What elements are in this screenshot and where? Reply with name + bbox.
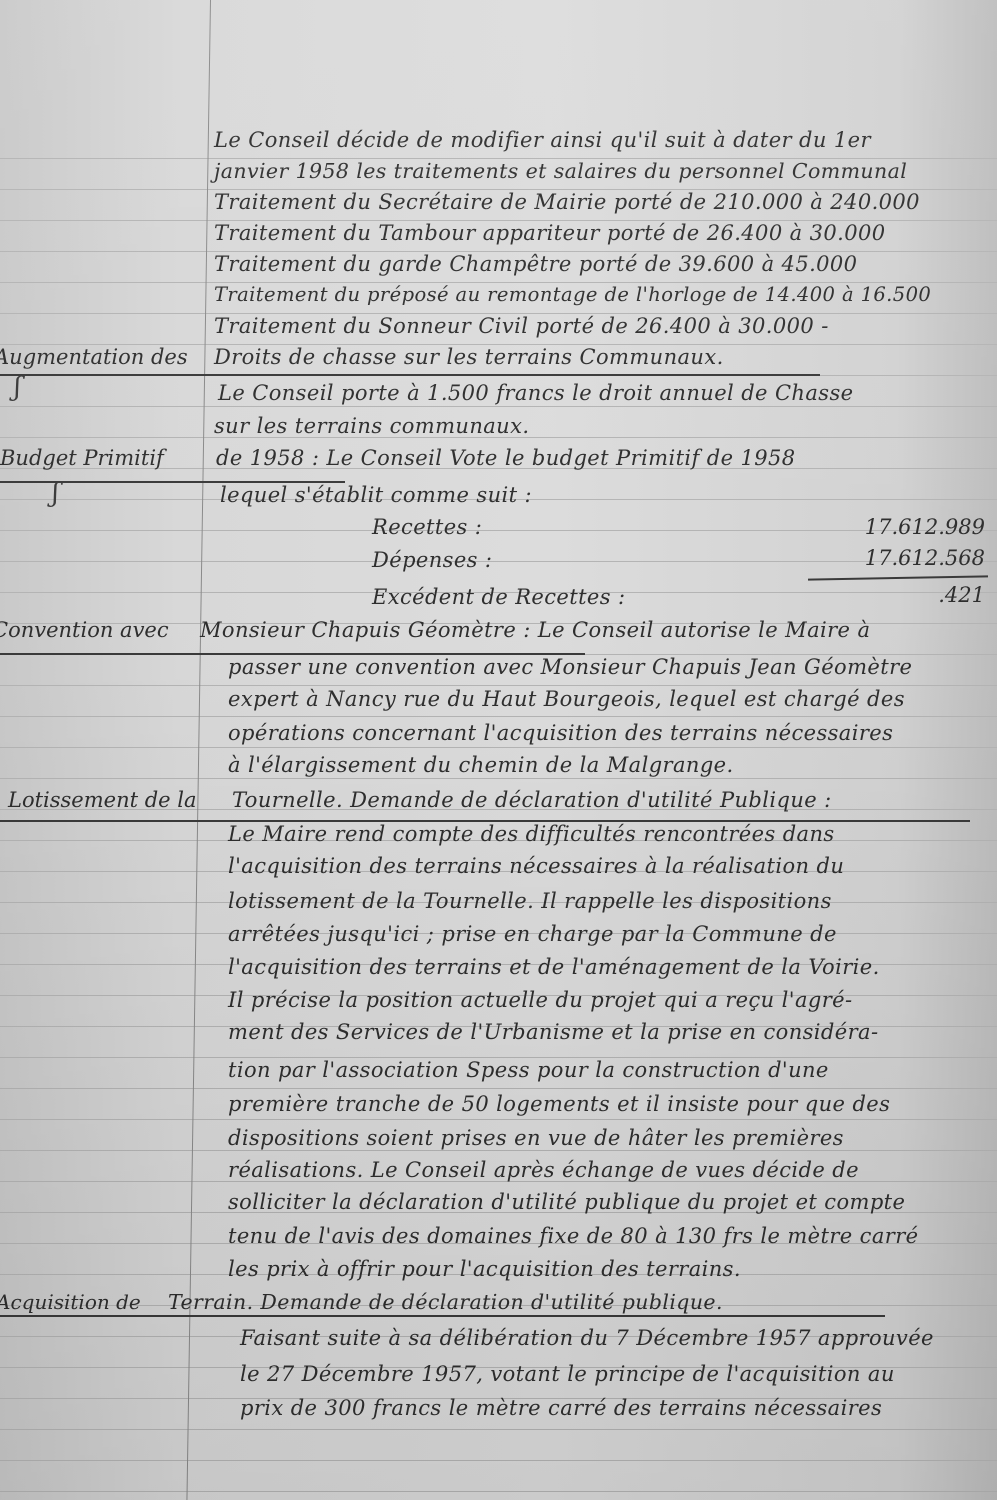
text-line: Traitement du Tambour appariteur porté d…	[214, 221, 886, 245]
flourish: ʃ	[14, 372, 21, 402]
text-line: prix de 300 francs le mètre carré des te…	[240, 1396, 882, 1420]
section-heading: de 1958 : Le Conseil Vote le budget Prim…	[216, 446, 796, 470]
section-heading: Terrain. Demande de déclaration d'utilit…	[168, 1290, 723, 1314]
rule	[0, 1491, 997, 1492]
flourish: ʃ	[52, 478, 59, 508]
margin-title: Acquisition de	[0, 1290, 141, 1314]
text-line: expert à Nancy rue du Haut Bourgeois, le…	[228, 687, 905, 711]
rule	[0, 716, 997, 717]
rule	[0, 778, 997, 779]
text-line: Traitement du Sonneur Civil porté de 26.…	[214, 314, 829, 338]
text-line: Faisant suite à sa délibération du 7 Déc…	[240, 1326, 934, 1350]
text-line: arrêtées jusqu'ici ; prise en charge par…	[228, 922, 837, 946]
text-line: Le Maire rend compte des difficultés ren…	[228, 822, 835, 846]
text-line: solliciter la déclaration d'utilité publ…	[228, 1190, 905, 1214]
budget-amount: 17.612.568	[865, 546, 985, 570]
text-line: lotissement de la Tournelle. Il rappelle…	[228, 889, 832, 913]
budget-amount: 17.612.989	[865, 515, 985, 539]
rule	[0, 1429, 997, 1430]
budget-amount: .421	[938, 583, 985, 607]
text-line: passer une convention avec Monsieur Chap…	[228, 655, 912, 679]
margin-line	[186, 0, 211, 1500]
heading-underline	[0, 374, 820, 376]
text-line: le 27 Décembre 1957, votant le principe …	[240, 1362, 895, 1386]
margin-title: Lotissement de la	[8, 788, 197, 812]
rule	[0, 530, 997, 531]
budget-label: Dépenses :	[372, 548, 492, 572]
text-line: Le Conseil porte à 1.500 francs le droit…	[218, 381, 853, 405]
margin-title: Augmentation des	[0, 345, 188, 369]
text-line: dispositions soient prises en vue de hât…	[228, 1126, 844, 1150]
rule	[0, 1150, 997, 1151]
text-line: première tranche de 50 logements et il i…	[228, 1092, 890, 1116]
text-line: Traitement du préposé au remontage de l'…	[214, 283, 931, 306]
section-heading: Tournelle. Demande de déclaration d'util…	[232, 788, 832, 812]
text-line: ment des Services de l'Urbanisme et la p…	[228, 1020, 878, 1044]
rule	[0, 1088, 997, 1089]
text-line: tion par l'association Spess pour la con…	[228, 1058, 829, 1082]
text-line: opérations concernant l'acquisition des …	[228, 721, 893, 745]
rule	[0, 1119, 997, 1120]
register-page: Le Conseil décide de modifier ainsi qu'i…	[0, 0, 997, 1500]
text-line: tenu de l'avis des domaines fixe de 80 à…	[228, 1224, 918, 1248]
text-line: janvier 1958 les traitements et salaires…	[214, 159, 907, 183]
margin-title: Convention avec	[0, 618, 169, 642]
sum-line	[808, 575, 988, 580]
text-line: à l'élargissement du chemin de la Malgra…	[228, 753, 734, 777]
budget-label: Excédent de Recettes :	[372, 585, 625, 609]
rule	[0, 406, 997, 407]
text-line: l'acquisition des terrains et de l'aména…	[228, 955, 880, 979]
rule	[0, 561, 997, 562]
text-line: Il précise la position actuelle du proje…	[228, 988, 852, 1012]
rule	[0, 685, 997, 686]
text-line: l'acquisition des terrains nécessaires à…	[228, 854, 844, 878]
text-line: réalisations. Le Conseil après échange d…	[228, 1158, 859, 1182]
text-line: lequel s'établit comme suit :	[220, 483, 532, 507]
rule	[0, 1460, 997, 1461]
heading-underline	[0, 1315, 885, 1317]
margin-title: Budget Primitif	[0, 446, 164, 470]
text-line: Traitement du Secrétaire de Mairie porté…	[214, 190, 920, 214]
section-heading: Monsieur Chapuis Géomètre : Le Conseil a…	[200, 618, 870, 642]
section-heading: Droits de chasse sur les terrains Commun…	[214, 345, 724, 369]
text-line: Traitement du garde Champêtre porté de 3…	[214, 252, 857, 276]
budget-label: Recettes :	[372, 515, 482, 539]
text-line: Le Conseil décide de modifier ainsi qu'i…	[214, 128, 871, 152]
rule	[0, 747, 997, 748]
text-line: les prix à offrir pour l'acquisition des…	[228, 1257, 741, 1281]
text-line: sur les terrains communaux.	[214, 414, 529, 438]
